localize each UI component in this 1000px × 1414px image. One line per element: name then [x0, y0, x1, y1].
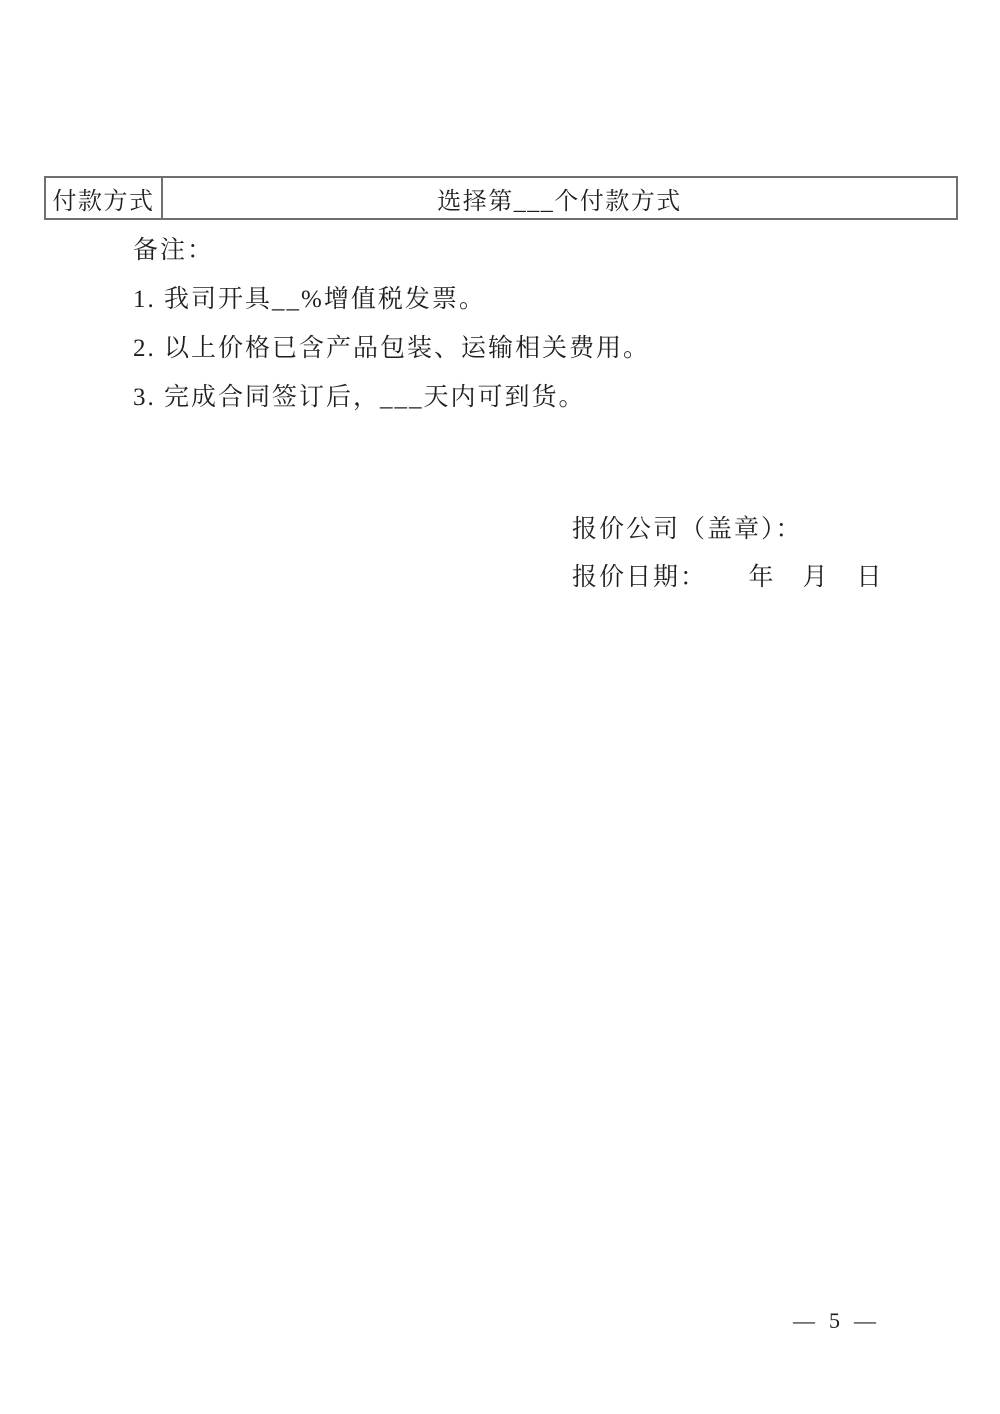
- remark-item-2: 2. 以上价格已含产品包装、运输相关费用。: [133, 324, 873, 373]
- remark-item-1: 1. 我司开具__%增值税发票。: [133, 275, 873, 324]
- quote-date-line: 报价日期： 年 月 日: [572, 554, 952, 602]
- document-page: 付款方式 选择第___个付款方式 备注： 1. 我司开具__%增值税发票。 2.…: [0, 0, 1000, 1414]
- payment-method-label: 付款方式: [45, 177, 162, 219]
- page-number: — 5 —: [760, 1308, 910, 1334]
- payment-method-row: 付款方式 选择第___个付款方式: [45, 177, 957, 219]
- remarks-section: 备注： 1. 我司开具__%增值税发票。 2. 以上价格已含产品包装、运输相关费…: [133, 226, 873, 422]
- quote-company-line: 报价公司（盖章）：: [572, 506, 952, 554]
- remark-item-3: 3. 完成合同签订后，___天内可到货。: [133, 373, 873, 422]
- remarks-title: 备注：: [133, 226, 873, 275]
- payment-method-table: 付款方式 选择第___个付款方式: [44, 176, 958, 220]
- signature-block: 报价公司（盖章）： 报价日期： 年 月 日: [572, 506, 952, 602]
- payment-method-value: 选择第___个付款方式: [162, 177, 957, 219]
